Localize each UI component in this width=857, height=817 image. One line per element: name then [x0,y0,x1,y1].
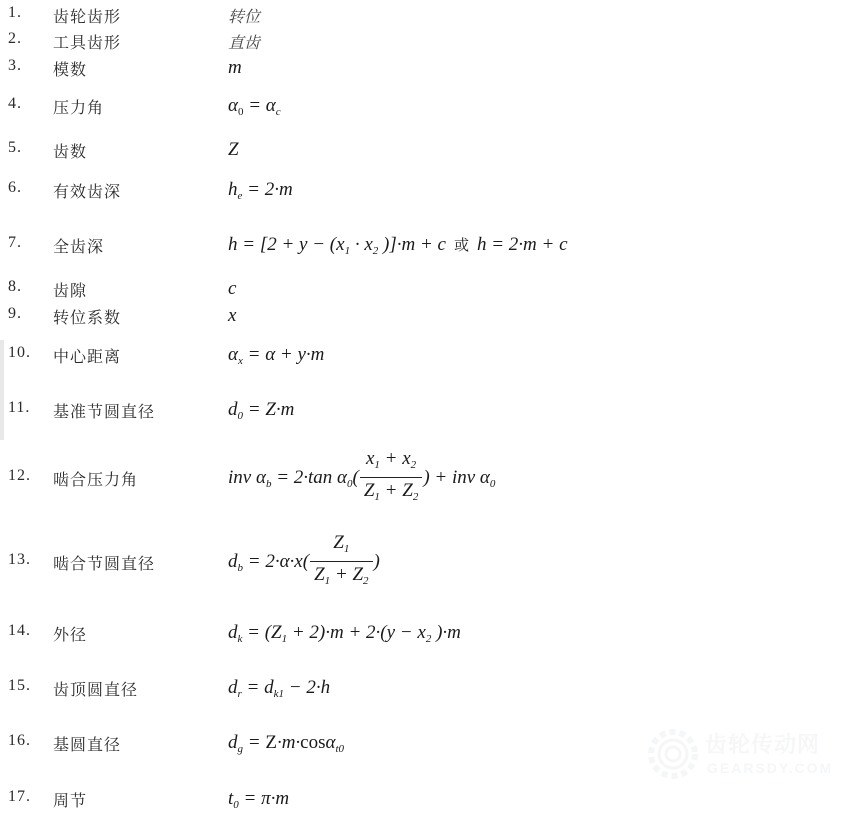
item-number: 16. [8,732,31,750]
item-label: 压力角 [53,95,104,118]
list-item: 10. 中心距离 αx = α + y·m [0,344,857,374]
item-value: 直齿 [228,30,260,53]
item-label: 啮合压力角 [53,467,138,490]
item-label: 外径 [53,622,87,645]
watermark-subtext: GEARSDY.COM [707,760,833,776]
list-item: 9. 转位系数 x [0,305,857,335]
list-item: 3. 模数 m [0,57,857,87]
item-formula: he = 2·m [228,179,293,202]
list-item: 2. 工具齿形 直齿 [0,30,857,60]
item-label: 齿隙 [53,278,87,301]
item-number: 2. [8,30,22,48]
item-number: 7. [8,234,22,252]
item-number: 5. [8,139,22,157]
item-formula: dk = (Z1 + 2)·m + 2·(y − x2 )·m [228,622,461,645]
list-item: 8. 齿隙 c [0,278,857,308]
list-item: 6. 有效齿深 he = 2·m [0,179,857,209]
item-label: 工具齿形 [53,30,121,53]
list-item: 12. 啮合压力角 inv αb = 2·tan α0(x1 + x2Z1 + … [0,467,857,497]
list-item: 5. 齿数 Z [0,139,857,169]
item-number: 14. [8,622,31,640]
list-item: 15. 齿顶圆直径 dr = dk1 − 2·h [0,677,857,707]
item-formula: αx = α + y·m [228,344,324,367]
item-value: m [228,57,242,79]
item-label: 齿数 [53,139,87,162]
item-number: 10. [8,344,31,362]
list-item: 14. 外径 dk = (Z1 + 2)·m + 2·(y − x2 )·m [0,622,857,652]
fraction: Z1Z1 + Z2 [310,531,372,594]
item-label: 模数 [53,57,87,80]
item-number: 17. [8,788,31,806]
item-formula: db = 2·α·x(Z1Z1 + Z2) [228,531,380,594]
item-label: 啮合节圆直径 [53,551,155,574]
fraction: x1 + x2Z1 + Z2 [360,447,422,510]
item-number: 1. [8,4,22,22]
list-item: 11. 基准节圆直径 d0 = Z·m [0,399,857,429]
item-formula: dr = dk1 − 2·h [228,677,330,700]
item-formula: inv αb = 2·tan α0(x1 + x2Z1 + Z2) + inv … [228,447,495,510]
item-formula: h = [2 + y − (x1 · x2 )]·m + c或h = 2·m +… [228,234,568,257]
item-value: Z [228,139,239,161]
watermark-text: 齿轮传动网 [705,728,820,759]
item-label: 基圆直径 [53,732,121,755]
item-number: 15. [8,677,31,695]
item-number: 6. [8,179,22,197]
item-formula: d0 = Z·m [228,399,294,422]
item-number: 12. [8,467,31,485]
list-item: 4. 压力角 α0 = αc [0,95,857,125]
item-value: c [228,278,236,300]
or-word: 或 [446,236,477,254]
item-label: 中心距离 [53,344,121,367]
item-number: 11. [8,399,30,417]
item-number: 4. [8,95,22,113]
list-item: 7. 全齿深 h = [2 + y − (x1 · x2 )]·m + c或h … [0,234,857,264]
item-label: 有效齿深 [53,179,121,202]
item-number: 8. [8,278,22,296]
item-number: 9. [8,305,22,323]
gear-icon [645,724,701,784]
list-item: 17. 周节 t0 = π·m [0,788,857,817]
item-value: 转位 [228,4,260,27]
item-label: 转位系数 [53,305,121,328]
item-value: x [228,305,236,327]
item-label: 周节 [53,788,87,811]
item-label: 齿轮齿形 [53,4,121,27]
item-label: 基准节圆直径 [53,399,155,422]
item-formula: dg = Z·m·cosαt0 [228,732,344,755]
list-item: 13. 啮合节圆直径 db = 2·α·x(Z1Z1 + Z2) [0,551,857,581]
item-formula: t0 = π·m [228,788,289,811]
item-number: 3. [8,57,22,75]
item-formula: α0 = αc [228,95,281,118]
item-label: 齿顶圆直径 [53,677,138,700]
item-label: 全齿深 [53,234,104,257]
item-number: 13. [8,551,31,569]
watermark-logo: 齿轮传动网 GEARSDY.COM [645,722,835,788]
